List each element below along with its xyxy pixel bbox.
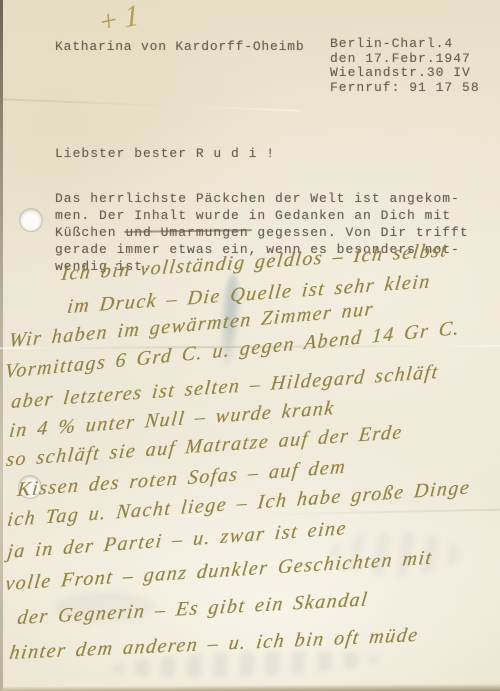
address-line: Wielandstr.30 IV bbox=[330, 66, 480, 81]
typed-line: men. Der Inhalt wurde in Gedanken an Dic… bbox=[55, 207, 469, 224]
address-block: Berlin-Charl.4 den 17.Febr.1947 Wielands… bbox=[330, 37, 480, 95]
handwritten-line: hinter dem anderen – u. ich bin oft müde bbox=[8, 624, 420, 665]
punch-hole-top bbox=[20, 209, 42, 231]
handwritten-line: der Gegnerin – Es gibt ein Skandal bbox=[16, 588, 370, 630]
scan-edge-bottom bbox=[0, 683, 500, 691]
address-line: Fernruf: 91 17 58 bbox=[330, 81, 480, 96]
salutation: Liebster bester R u d i ! bbox=[55, 146, 275, 161]
handwritten-corner-mark: +1 bbox=[97, 0, 146, 41]
letter-scan: +1 Katharina von Kardorff-Oheimb Berlin-… bbox=[0, 0, 500, 691]
scan-edge-left bbox=[0, 0, 3, 691]
typed-line: Küßchen und Umarmungen gegessen. Von Dir… bbox=[55, 224, 469, 241]
typed-line: Das herrlichste Päckchen der Welt ist an… bbox=[55, 190, 469, 207]
address-line: den 17.Febr.1947 bbox=[330, 52, 480, 67]
paper-crease bbox=[0, 98, 300, 112]
sender-name: Katharina von Kardorff-Oheimb bbox=[55, 39, 304, 54]
address-line: Berlin-Charl.4 bbox=[330, 37, 480, 52]
